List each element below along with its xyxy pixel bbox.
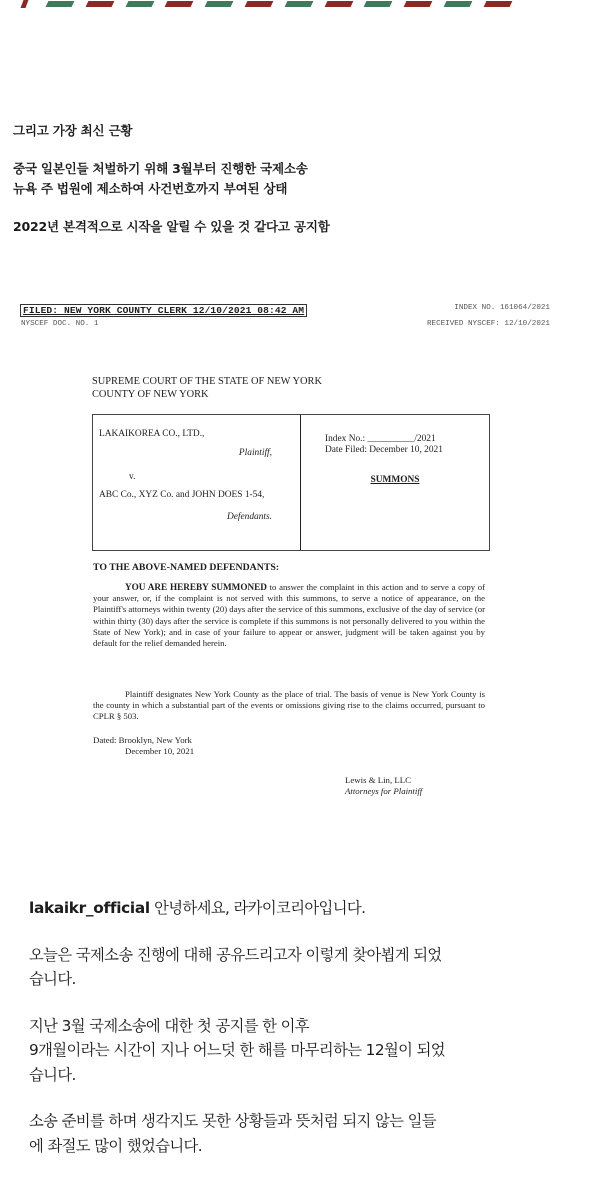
border-corner-mark (21, 0, 29, 8)
defendants-role: Defendants. (227, 512, 272, 522)
username[interactable]: lakaikr_official (29, 899, 150, 917)
firm-role: Attorneys for Plaintiff (345, 786, 422, 797)
intro-line: 2022년 본격적으로 시작을 알릴 수 있을 것 같다고 공지함 (13, 217, 573, 237)
dated-block: Dated: Brooklyn, New York December 10, 2… (93, 735, 194, 757)
versus: v. (129, 472, 135, 482)
filed-stamp: FILED: NEW YORK COUNTY CLERK 12/10/2021 … (20, 304, 307, 317)
plaintiff-role: Plaintiff, (239, 448, 272, 458)
border-stripe-dash (284, 1, 313, 7)
case-caption-box: LAKAIKOREA CO., LTD., Plaintiff, v. ABC … (92, 414, 490, 551)
venue-paragraph: Plaintiff designates New York County as … (93, 689, 485, 723)
firm-name: Lewis & Lin, LLC (345, 775, 422, 786)
greeting: 안녕하세요, 라카이코리아입니다. (150, 899, 366, 917)
intro-text: 그리고 가장 최신 근황 중국 일본인들 처벌하기 위해 3월부터 진행한 국제… (13, 121, 573, 237)
border-stripe-dash (483, 1, 512, 7)
dated-place: Dated: Brooklyn, New York (93, 735, 194, 746)
parties-panel: LAKAIKOREA CO., LTD., Plaintiff, v. ABC … (93, 415, 301, 550)
attorney-signature: Lewis & Lin, LLC Attorneys for Plaintiff (345, 775, 422, 797)
nyscef-doc-number: NYSCEF DOC. NO. 1 (21, 320, 98, 328)
dated-date: December 10, 2021 (93, 746, 194, 757)
court-line: SUPREME COURT OF THE STATE OF NEW YORK (92, 375, 322, 388)
border-stripe-dash (444, 1, 473, 7)
border-stripe-dash (324, 1, 353, 7)
defendants-name: ABC Co., XYZ Co. and JOHN DOES 1-54, (99, 490, 264, 500)
summons-paragraph: YOU ARE HEREBY SUMMONED to answer the co… (93, 582, 485, 649)
intro-line: 중국 일본인들 처벌하기 위해 3월부터 진행한 국제소송 (13, 159, 573, 179)
intro-heading: 그리고 가장 최신 근황 (13, 121, 573, 141)
border-stripe-dash (245, 1, 274, 7)
border-stripe-dash (85, 1, 114, 7)
to-defendants-heading: TO THE ABOVE-NAMED DEFENDANTS: (93, 562, 279, 573)
plaintiff-name: LAKAIKOREA CO., LTD., (99, 429, 204, 439)
post-line: 소송 준비를 하며 생각지도 못한 상황들과 뜻처럼 되지 않는 일들 (29, 1109, 589, 1134)
post-line: 습니다. (29, 967, 589, 992)
border-stripe-dash (364, 1, 393, 7)
intro-line: 뉴욕 주 법원에 제소하여 사건번호까지 부여된 상태 (13, 179, 573, 199)
summons-title: SUMMONS (301, 475, 489, 485)
index-no-field: Index No.: __________/2021 (325, 434, 436, 444)
court-name: SUPREME COURT OF THE STATE OF NEW YORK C… (92, 375, 322, 401)
index-number: INDEX NO. 161064/2021 (454, 304, 550, 312)
post-line: 9개월이라는 시간이 지나 어느덧 한 해를 마무리하는 12월이 되었 (29, 1038, 589, 1063)
border-stripe-dash (205, 1, 234, 7)
border-stripe-dash (46, 1, 75, 7)
county-line: COUNTY OF NEW YORK (92, 388, 322, 401)
case-info-panel: Index No.: __________/2021 Date Filed: D… (301, 415, 489, 550)
post-line: 에 좌절도 많이 했었습니다. (29, 1134, 589, 1159)
airmail-border (0, 0, 600, 12)
post-line: 습니다. (29, 1063, 589, 1088)
received-date: RECEIVED NYSCEF: 12/10/2021 (427, 320, 550, 328)
post-line: 지난 3월 국제소송에 대한 첫 공지를 한 이후 (29, 1014, 589, 1039)
border-stripe-dash (165, 1, 194, 7)
border-stripe-dash (125, 1, 154, 7)
border-stripe-dash (404, 1, 433, 7)
post-line: 오늘은 국제소송 진행에 대해 공유드리고자 이렇게 찾아뵙게 되었 (29, 943, 589, 968)
court-summons-document: FILED: NEW YORK COUNTY CLERK 12/10/2021 … (0, 290, 600, 830)
instagram-post-caption: lakaikr_official 안녕하세요, 라카이코리아입니다. 오늘은 국… (29, 896, 589, 1158)
date-filed: Date Filed: December 10, 2021 (325, 445, 443, 455)
